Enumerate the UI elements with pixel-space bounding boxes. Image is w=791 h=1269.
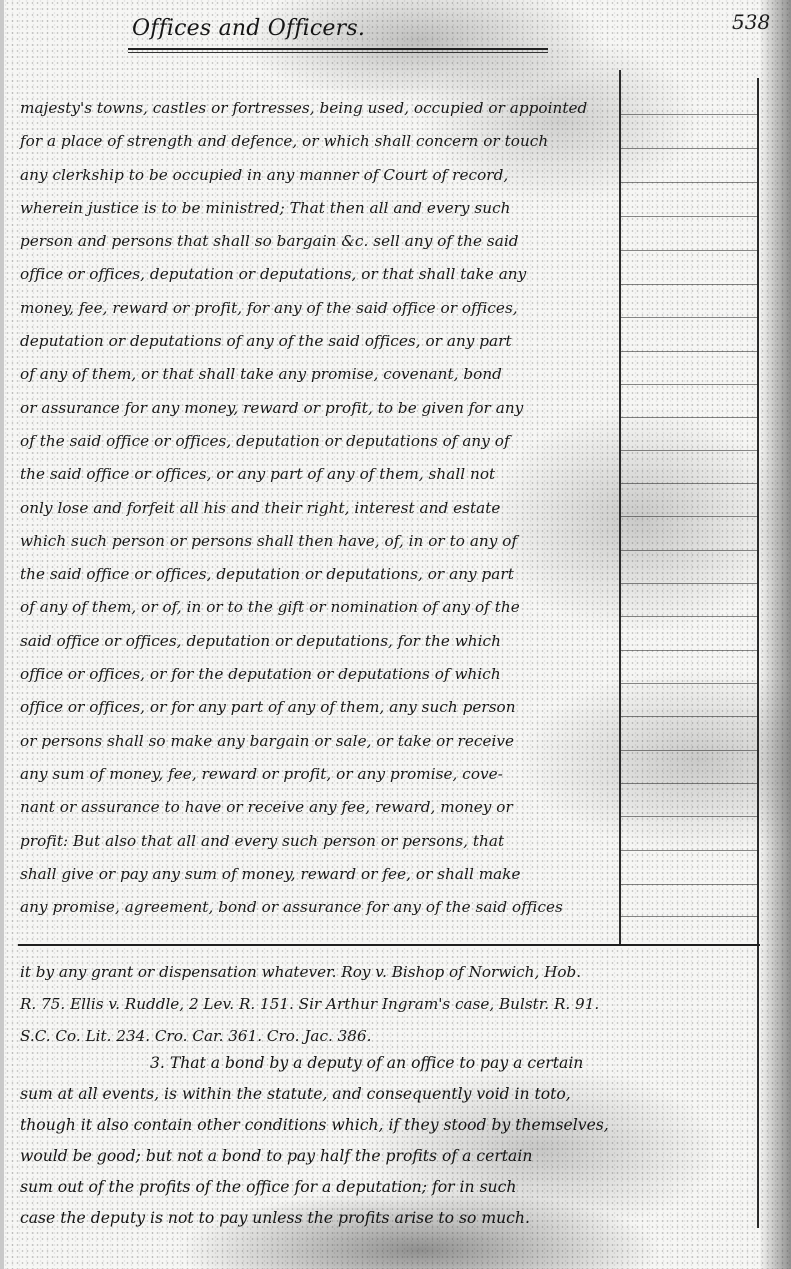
margin-rule: [621, 716, 757, 717]
citations-block: it by any grant or dispensation whatever…: [20, 956, 750, 1052]
margin-rule: [621, 850, 757, 851]
text-line: of the said office or offices, deputatio…: [20, 425, 618, 458]
paragraph-line: sum at all events, is within the statute…: [20, 1079, 760, 1110]
title-underline-secondary: [128, 52, 548, 53]
margin-rule: [621, 483, 757, 484]
paragraph-line: 3. That a bond by a deputy of an office …: [20, 1048, 760, 1079]
margin-rule: [621, 216, 757, 217]
text-line: office or offices, or for any part of an…: [20, 691, 618, 724]
text-line: for a place of strength and defence, or …: [20, 125, 618, 158]
page-title: Offices and Officers.: [132, 16, 365, 41]
text-line: said office or offices, deputation or de…: [20, 625, 618, 658]
text-line: profit: But also that all and every such…: [20, 825, 618, 858]
text-line: nant or assurance to have or receive any…: [20, 791, 618, 824]
paragraph-line: case the deputy is not to pay unless the…: [20, 1203, 760, 1234]
margin-rule: [621, 616, 757, 617]
title-underline: [128, 48, 548, 50]
margin-rule: [621, 916, 757, 917]
text-line: the said office or offices, or any part …: [20, 458, 618, 491]
margin-rule: [621, 516, 757, 517]
text-line: of any of them, or of, in or to the gift…: [20, 591, 618, 624]
margin-rule: [621, 783, 757, 784]
text-line: or assurance for any money, reward or pr…: [20, 392, 618, 425]
text-line: any sum of money, fee, reward or profit,…: [20, 758, 618, 791]
text-line: the said office or offices, deputation o…: [20, 558, 618, 591]
paragraph-line: sum out of the profits of the office for…: [20, 1172, 760, 1203]
text-line: any promise, agreement, bond or assuranc…: [20, 891, 618, 924]
text-line: office or offices, deputation or deputat…: [20, 258, 618, 291]
margin-rule: [621, 816, 757, 817]
margin-rule: [621, 450, 757, 451]
paragraph-line: would be good; but not a bond to pay hal…: [20, 1141, 760, 1172]
margin-rule: [621, 884, 757, 885]
paragraph-line: though it also contain other conditions …: [20, 1110, 760, 1141]
text-line: which such person or persons shall then …: [20, 525, 618, 558]
margin-rule: [621, 148, 757, 149]
page-edge: [0, 0, 4, 1269]
main-text-column: majesty's towns, castles or fortresses, …: [20, 92, 618, 924]
margin-divider-left: [619, 70, 621, 946]
text-line: only lose and forfeit all his and their …: [20, 492, 618, 525]
text-line: or persons shall so make any bargain or …: [20, 725, 618, 758]
text-line: person and persons that shall so bargain…: [20, 225, 618, 258]
margin-rule: [621, 317, 757, 318]
margin-rule: [621, 683, 757, 684]
margin-rule: [621, 114, 757, 115]
text-line: of any of them, or that shall take any p…: [20, 358, 618, 391]
margin-rule: [621, 284, 757, 285]
citation-line: it by any grant or dispensation whatever…: [20, 956, 750, 988]
text-line: office or offices, or for the deputation…: [20, 658, 618, 691]
text-line: wherein justice is to be ministred; That…: [20, 192, 618, 225]
margin-rule: [621, 750, 757, 751]
paragraph-3: 3. That a bond by a deputy of an office …: [20, 1048, 760, 1234]
text-line: shall give or pay any sum of money, rewa…: [20, 858, 618, 891]
margin-rule: [621, 250, 757, 251]
text-line: money, fee, reward or profit, for any of…: [20, 292, 618, 325]
text-line: any clerkship to be occupied in any mann…: [20, 159, 618, 192]
section-divider: [18, 944, 760, 946]
manuscript-page: Offices and Officers. 538 majesty's town…: [0, 0, 791, 1269]
margin-rule: [621, 182, 757, 183]
margin-rule: [621, 417, 757, 418]
margin-rule: [621, 550, 757, 551]
page-number: 538: [732, 10, 770, 34]
margin-rule: [621, 384, 757, 385]
margin-rule: [621, 650, 757, 651]
margin-rule: [621, 351, 757, 352]
citation-line: R. 75. Ellis v. Ruddle, 2 Lev. R. 151. S…: [20, 988, 750, 1020]
text-line: deputation or deputations of any of the …: [20, 325, 618, 358]
margin-rule: [621, 583, 757, 584]
text-line: majesty's towns, castles or fortresses, …: [20, 92, 618, 125]
